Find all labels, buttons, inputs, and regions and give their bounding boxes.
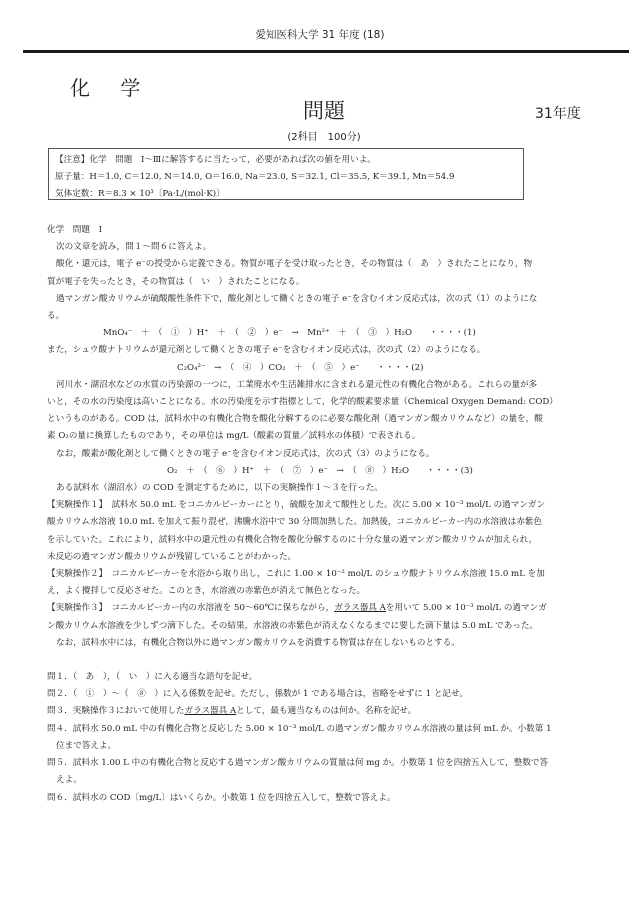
paragraph: ある試料水（湖沼水）の COD を測定するために，以下の実験操作１～３を行った。: [47, 480, 607, 497]
question-4: 問４．試料水 50.0 mL 中の有機化合物と反応した 5.00 × 10⁻³ …: [47, 721, 607, 738]
equation-3: O₂ ＋ （ ⑥ ）H⁺ ＋ （ ⑦ ）e⁻ → （ ⑧ ）H₂O ・・・・(3…: [47, 463, 607, 480]
operation-3-cont: ン酸カリウム水溶液を少しずつ滴下した。その結果，水溶液の赤紫色が消えなくなるまで…: [47, 618, 607, 635]
question-2: 問２．（ ① ）～（ ⑧ ）に入る係数を記せ。ただし，係数が 1 である場合は，…: [47, 686, 607, 703]
notice-instruction: 【注意】化学 問題 Ⅰ～Ⅲに解答するに当たって，必要があれば次の値を用いよ。: [55, 152, 517, 169]
paragraph: また，シュウ酸ナトリウムが還元剤として働くときの電子 e⁻を含むイオン反応式は，…: [47, 342, 607, 359]
header-rule: [23, 50, 629, 53]
spacer: [47, 652, 607, 669]
operation-1-cont: 未反応の過マンガン酸カリウムが残留していることがわかった。: [47, 549, 607, 566]
text: として，最も適当なものは何か。名称を記せ。: [236, 706, 416, 716]
paragraph: なお，酸素が酸化剤として働くときの電子 e⁻を含むイオン反応式は，次の式（3）の…: [47, 446, 607, 463]
problem-heading: 化学 問題 Ⅰ: [47, 222, 607, 239]
question-4-cont: 位まで答えよ。: [47, 738, 607, 755]
question-1: 問１．（ あ ），（ い ）に入る適当な語句を記せ。: [47, 669, 607, 686]
text: 【実験操作３】 コニカルビーカー内の水溶液を 50～60℃に保ちながら，: [47, 603, 334, 613]
operation-2: 【実験操作２】 コニカルビーカーを水浴から取り出し，これに 1.00 × 10⁻…: [47, 566, 607, 583]
exam-year: 31年度: [535, 103, 581, 123]
paragraph: る。: [47, 308, 607, 325]
problem-body: 化学 問題 Ⅰ 次の文章を読み，問１～問６に答えよ。 酸化・還元は，電子 e⁻の…: [47, 222, 607, 807]
paragraph: 素 O₂の量に換算したものであり，その単位は mg/L（酸素の質量／試料水の体積…: [47, 428, 607, 445]
paragraph: というものがある。COD は，試料水中の有機化合物を酸化分解するのに必要な酸化剤…: [47, 411, 607, 428]
gas-constant: 気体定数：R＝8.3 × 10³〔Pa·L/(mol·K)〕: [55, 186, 517, 203]
text: 問３．実験操作３において使用した: [47, 706, 185, 716]
operation-1: 【実験操作１】 試料水 50.0 mL をコニカルビーカーにとり，硫酸を加えて酸…: [47, 497, 607, 514]
paragraph: 酸化・還元は，電子 e⁻の授受から定義できる。物質が電子を受け取ったとき，その物…: [47, 256, 607, 273]
paragraph: 質が電子を失ったとき，その物質は（ い ）されたことになる。: [47, 274, 607, 291]
operation-3: 【実験操作３】 コニカルビーカー内の水溶液を 50～60℃に保ちながら，ガラス器…: [47, 600, 607, 617]
operation-1-cont: 酸カリウム水溶液 10.0 mL を加えて振り混ぜ，沸騰水浴中で 30 分間加熱…: [47, 514, 607, 531]
question-3: 問３．実験操作３において使用したガラス器具 Aとして，最も適当なものは何か。名称…: [47, 703, 607, 720]
paragraph: いと，その水の汚染度は高いことになる。水の汚染度を示す指標として，化学的酸素要求…: [47, 394, 607, 411]
question-5-cont: えよ。: [47, 772, 607, 789]
equation-1: MnO₄⁻ ＋ （ ① ）H⁺ ＋ （ ② ）e⁻ → Mn²⁺ ＋ （ ③ ）…: [47, 325, 607, 342]
atomic-weights: 原子量：H＝1.0, C＝12.0, N＝14.0, O＝16.0, Na＝23…: [55, 169, 517, 186]
notice-box: 【注意】化学 問題 Ⅰ～Ⅲに解答するに当たって，必要があれば次の値を用いよ。 原…: [48, 148, 524, 200]
exam-duration: (2科目 100分): [0, 128, 640, 143]
question-6: 問６．試料水の COD〔mg/L〕はいくらか。小数第 1 位を四捨五入して，整数…: [47, 790, 607, 807]
running-head: 愛知医科大学 31 年度 (18): [0, 27, 640, 42]
glassware-a-label: ガラス器具 A: [334, 603, 386, 613]
operation-1-cont: を示していた。これにより，試料水中の還元性の有機化合物を酸化分解するのに十分な量…: [47, 532, 607, 549]
question-5: 問５．試料水 1.00 L 中の有機化合物と反応する過マンガン酸カリウムの質量は…: [47, 755, 607, 772]
paragraph: なお，試料水中には，有機化合物以外に過マンガン酸カリウムを消費する物質は存在しな…: [47, 635, 607, 652]
text: を用いて 5.00 × 10⁻³ mol/L の過マンガ: [386, 603, 547, 613]
glassware-a-label: ガラス器具 A: [185, 706, 237, 716]
problem-intro: 次の文章を読み，問１～問６に答えよ。: [47, 239, 607, 256]
paragraph: 河川水・湖沼水などの水質の汚染源の一つに，工業廃水や生活雑排水に含まれる還元性の…: [47, 377, 607, 394]
paragraph: 過マンガン酸カリウムが硫酸酸性条件下で，酸化剤として働くときの電子 e⁻を含むイ…: [47, 291, 607, 308]
operation-2-cont: え，よく攪拌して反応させた。このとき，水溶液の赤紫色が消えて無色となった。: [47, 583, 607, 600]
equation-2: C₂O₄²⁻ → （ ④ ）CO₂ ＋ （ ⑤ ）e⁻ ・・・・(2): [47, 360, 607, 377]
